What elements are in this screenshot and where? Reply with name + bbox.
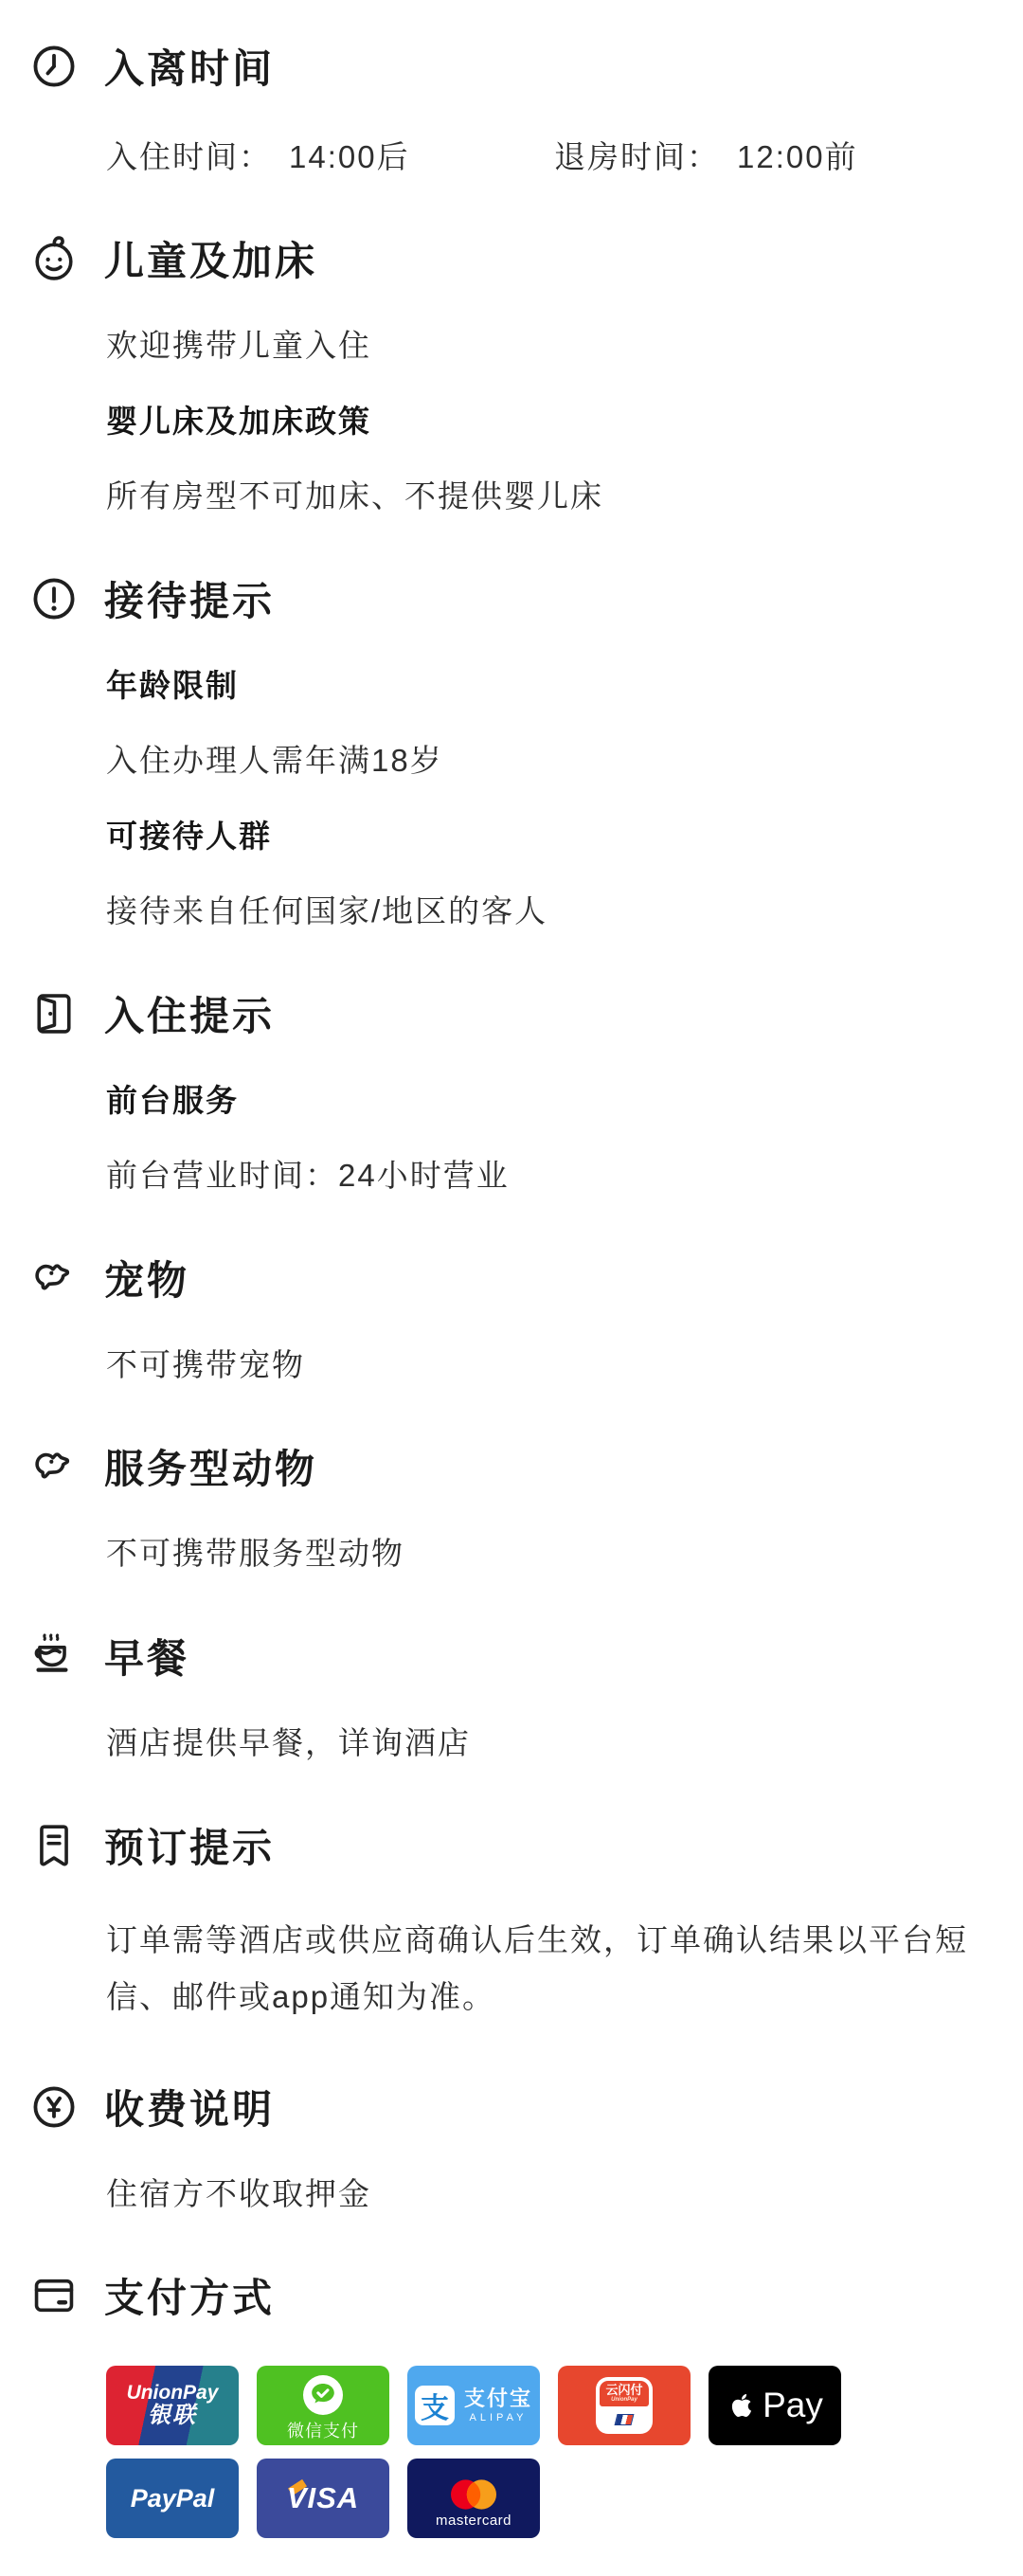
section-header: 支付方式	[28, 2267, 985, 2324]
checkin-time-value: 14:00后	[289, 133, 410, 177]
section-header: 宠物	[28, 1250, 985, 1306]
section-reception-notice: 接待提示 年龄限制 入住办理人需年满18岁 可接待人群 接待来自任何国家/地区的…	[28, 570, 985, 932]
section-header: 预订提示	[28, 1817, 985, 1874]
quickpass-flag-area	[596, 2406, 653, 2435]
payment-visa: VISA	[257, 2459, 389, 2538]
policy-subheading: 前台服务	[106, 1080, 985, 1122]
policy-line: 住宿方不收取押金	[106, 2173, 985, 2215]
section-header: 服务型动物	[28, 1438, 985, 1495]
quickpass-app-icon: 云闪付 UnionPay	[596, 2377, 653, 2434]
section-title: 宠物	[104, 1250, 189, 1306]
policy-subheading: 年龄限制	[106, 665, 985, 707]
payment-methods-grid: UnionPay 银联 微信支付 支 支付宝	[106, 2366, 985, 2538]
section-header: 早餐	[28, 1628, 985, 1684]
unionpay-cn-wordmark: 银联	[148, 2403, 197, 2429]
section-breakfast: 早餐 酒店提供早餐，详询酒店	[28, 1628, 985, 1764]
section-title: 入住提示	[104, 985, 275, 1042]
checkout-time-label: 退房时间：	[554, 133, 720, 177]
section-checkin-notice: 入住提示 前台服务 前台营业时间：24小时营业	[28, 985, 985, 1197]
mastercard-wordmark: mastercard	[436, 2513, 511, 2528]
section-body: 前台服务 前台营业时间：24小时营业	[106, 1080, 985, 1197]
section-body: UnionPay 银联 微信支付 支 支付宝	[106, 2366, 985, 2538]
yen-circle-icon	[28, 2081, 80, 2133]
payment-apple-pay: Pay	[709, 2366, 841, 2445]
section-header: 收费说明	[28, 2079, 985, 2135]
alipay-wordmark: 支付宝 ALIPAY	[464, 2387, 532, 2423]
section-body: 酒店提供早餐，详询酒店	[106, 1722, 985, 1764]
policy-line: 欢迎携带儿童入住	[106, 325, 985, 367]
payment-wechat-pay: 微信支付	[257, 2366, 389, 2445]
payment-paypal: PayPal	[106, 2459, 239, 2538]
section-body: 入住时间： 14:00后 退房时间： 12:00前	[106, 133, 985, 177]
section-title: 儿童及加床	[104, 230, 317, 287]
policy-line: 酒店提供早餐，详询酒店	[106, 1722, 985, 1764]
dog-icon	[28, 1252, 80, 1304]
section-body: 不可携带服务型动物	[106, 1533, 985, 1575]
section-pets: 宠物 不可携带宠物	[28, 1250, 985, 1386]
section-check-in-out-times: 入离时间 入住时间： 14:00后 退房时间： 12:00前	[28, 38, 985, 177]
section-title: 服务型动物	[104, 1438, 317, 1495]
checkin-time: 入住时间： 14:00后	[106, 133, 554, 177]
section-title: 支付方式	[104, 2267, 275, 2324]
apple-pay-label: Pay	[763, 2386, 823, 2425]
section-header: 入离时间	[28, 38, 985, 95]
section-booking-notice: 预订提示 订单需等酒店或供应商确认后生效，订单确认结果以平台短信、邮件或app通…	[28, 1817, 985, 2026]
section-title: 收费说明	[104, 2079, 275, 2135]
policy-line: 入住办理人需年满18岁	[106, 740, 985, 782]
policy-line: 不可携带服务型动物	[106, 1533, 985, 1575]
clock-icon	[28, 41, 80, 92]
section-body: 住宿方不收取押金	[106, 2173, 985, 2215]
section-title: 早餐	[104, 1628, 189, 1684]
door-icon	[28, 988, 80, 1039]
section-title: 接待提示	[104, 570, 275, 627]
section-body: 年龄限制 入住办理人需年满18岁 可接待人群 接待来自任何国家/地区的客人	[106, 665, 985, 932]
policy-line: 接待来自任何国家/地区的客人	[106, 891, 985, 932]
payment-unionpay: UnionPay 银联	[106, 2366, 239, 2445]
section-title: 入离时间	[104, 38, 275, 95]
apple-logo-icon	[727, 2390, 757, 2421]
mastercard-circles-icon	[446, 2477, 501, 2512]
section-header: 接待提示	[28, 570, 985, 627]
payment-mastercard: mastercard	[407, 2459, 540, 2538]
alipay-en-label: ALIPAY	[470, 2412, 528, 2423]
policy-line: 所有房型不可加床、不提供婴儿床	[106, 476, 985, 517]
payment-cloud-quickpass: 云闪付 UnionPay	[558, 2366, 691, 2445]
quickpass-cn-label: 云闪付	[605, 2384, 642, 2396]
dog-icon	[28, 1441, 80, 1492]
hotel-policy-page: 入离时间 入住时间： 14:00后 退房时间： 12:00前	[0, 0, 1023, 2576]
section-fee-description: 收费说明 住宿方不收取押金	[28, 2079, 985, 2215]
section-service-animals: 服务型动物 不可携带服务型动物	[28, 1438, 985, 1575]
bookmark-note-icon	[28, 1820, 80, 1871]
section-body: 不可携带宠物	[106, 1344, 985, 1386]
time-row: 入住时间： 14:00后 退房时间： 12:00前	[106, 133, 985, 177]
section-children-extra-beds: 儿童及加床 欢迎携带儿童入住 婴儿床及加床政策 所有房型不可加床、不提供婴儿床	[28, 230, 985, 517]
visa-wordmark: VISA	[287, 2481, 359, 2515]
payment-alipay: 支 支付宝 ALIPAY	[407, 2366, 540, 2445]
section-title: 预订提示	[104, 1817, 275, 1874]
policy-subheading: 可接待人群	[106, 816, 985, 857]
bank-card-icon	[28, 2270, 80, 2321]
alipay-zhi-icon: 支	[415, 2386, 455, 2425]
quickpass-en-label: UnionPay	[611, 2396, 637, 2404]
baby-face-icon	[28, 233, 80, 284]
wechat-pay-label: 微信支付	[287, 2418, 359, 2442]
checkout-time-value: 12:00前	[737, 133, 858, 177]
section-header: 儿童及加床	[28, 230, 985, 287]
policy-line: 订单需等酒店或供应商确认后生效，订单确认结果以平台短信、邮件或app通知为准。	[106, 1912, 985, 2026]
quickpass-badge: 云闪付 UnionPay	[600, 2381, 649, 2405]
policy-line: 不可携带宠物	[106, 1344, 985, 1386]
section-header: 入住提示	[28, 985, 985, 1042]
section-body: 欢迎携带儿童入住 婴儿床及加床政策 所有房型不可加床、不提供婴儿床	[106, 325, 985, 517]
coffee-cup-icon	[28, 1630, 80, 1682]
policy-subheading: 婴儿床及加床政策	[106, 401, 985, 442]
policy-line: 前台营业时间：24小时营业	[106, 1155, 985, 1197]
section-body: 订单需等酒店或供应商确认后生效，订单确认结果以平台短信、邮件或app通知为准。	[106, 1912, 985, 2026]
checkout-time: 退房时间： 12:00前	[554, 133, 858, 177]
wechat-check-bubble-icon	[303, 2375, 343, 2415]
unionpay-flag-icon	[615, 2414, 635, 2425]
checkin-time-label: 入住时间：	[106, 133, 272, 177]
paypal-wordmark: PayPal	[131, 2484, 215, 2513]
unionpay-wordmark: UnionPay	[127, 2383, 219, 2403]
alert-circle-icon	[28, 573, 80, 624]
alipay-cn-label: 支付宝	[464, 2387, 532, 2410]
section-payment-methods: 支付方式 UnionPay 银联 微信支付	[28, 2267, 985, 2538]
